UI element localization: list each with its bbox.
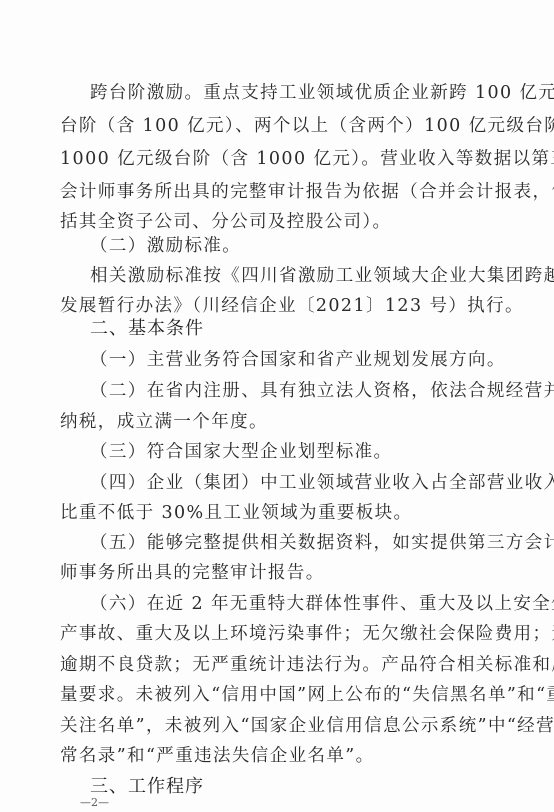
condition-item-5: （五）能够完整提供相关数据资料，如实提供第三方会计 [90,532,472,554]
paragraph-line: 量要求。未被列入“信用中国”网上公布的“失信黑名单”和“重点 [60,684,472,706]
paragraph-line: 跨台阶激励。重点支持工业领域优质企业新跨 100 亿元级 [90,82,472,104]
paragraph-line: 发展暂行办法》（川经信企业〔2021〕123 号）执行。 [60,295,472,317]
paragraph-line: 师事务所出具的完整审计报告。 [60,562,472,584]
section-heading-work-procedure: 三、工作程序 [90,776,204,798]
section-heading-basic-conditions: 二、基本条件 [90,318,204,340]
paragraph-line: 关注名单”，未被列入“国家企业信用信息公示系统”中“经营异 [60,715,472,737]
paragraph-line: 会计师事务所出具的完整审计报告为依据（合并会计报表，包 [60,181,472,203]
paragraph-line: 逾期不良贷款；无严重统计违法行为。产品符合相关标准和质 [60,654,472,676]
condition-item-2: （二）在省内注册、具有独立法人资格，依法合规经营并 [90,380,472,402]
condition-item-4: （四）企业（集团）中工业领域营业收入占全部营业收入 [90,472,472,494]
paragraph-line: 相关激励标准按《四川省激励工业领域大企业大集团跨越 [90,265,472,287]
paragraph-line: 台阶（含 100 亿元）、两个以上（含两个）100 亿元级台阶和 [60,115,472,137]
subsection-title: （二）激励标准。 [90,235,472,257]
paragraph-line: 常名录”和“严重违法失信企业名单”。 [60,745,472,767]
condition-item-1: （一）主营业务符合国家和省产业规划发展方向。 [90,349,472,371]
condition-item-3: （三）符合国家大型企业划型标准。 [90,441,472,463]
condition-item-6: （六）在近 2 年无重特大群体性事件、重大及以上安全生 [90,593,472,615]
paragraph-line: 括其全资子公司、分公司及控股公司）。 [60,211,472,233]
page-number: —2— [80,797,109,809]
paragraph-line: 产事故、重大及以上环境污染事件；无欠缴社会保险费用；无 [60,623,472,645]
paragraph-line: 比重不低于 30%且工业领域为重要板块。 [60,502,472,524]
paragraph-line: 纳税，成立满一个年度。 [60,411,472,433]
paragraph-line: 1000 亿元级台阶（含 1000 亿元）。营业收入等数据以第三方 [60,148,472,170]
document-page: 跨台阶激励。重点支持工业领域优质企业新跨 100 亿元级 台阶（含 100 亿元… [0,0,554,812]
